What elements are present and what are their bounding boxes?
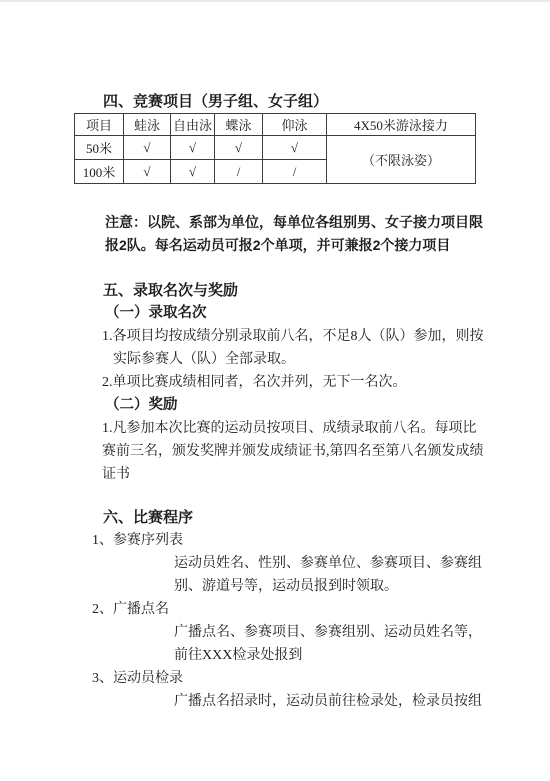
row-label-50m: 50米 bbox=[75, 136, 124, 160]
program-item-desc: 运动员姓名、性别、参赛单位、参赛项目、参赛组 bbox=[174, 552, 550, 575]
header-cell-event: 项目 bbox=[75, 114, 124, 136]
program-item-desc: 广播点名招录时，运动员前往检录处，检录员按组 bbox=[174, 690, 550, 713]
program-item-label: 3、运动员检录 bbox=[92, 667, 550, 690]
cell-check: √ bbox=[215, 136, 263, 160]
table-header-row: 项目 蛙泳 自由泳 蝶泳 仰泳 4X50米游泳接力 bbox=[75, 114, 476, 136]
header-cell-butterfly: 蝶泳 bbox=[215, 114, 263, 136]
program-item-label: 1、参赛序列表 bbox=[92, 529, 550, 552]
table-row: 50米 √ √ √ √ （不限泳姿） bbox=[75, 136, 476, 160]
program-item-label: 2、广播点名 bbox=[92, 598, 550, 621]
program-item-desc: 广播点名、参赛项目、参赛组别、运动员姓名等， bbox=[174, 621, 550, 644]
header-cell-free: 自由泳 bbox=[171, 114, 215, 136]
subsection-one-title: （一）录取名次 bbox=[105, 302, 550, 325]
section-four-title: 四、竞赛项目（男子组、女子组） bbox=[103, 93, 550, 111]
header-cell-relay: 4X50米游泳接力 bbox=[327, 114, 476, 136]
cell-check: √ bbox=[124, 136, 171, 160]
cell-check: √ bbox=[124, 160, 171, 184]
section-six: 六、比赛程序 1、参赛序列表 运动员姓名、性别、参赛单位、参赛项目、参赛组 别、… bbox=[0, 506, 550, 713]
note-paragraph: 注意：以院、系部为单位，每单位各组别男、女子接力项目限 报2队。每名运动员可报2… bbox=[105, 211, 550, 257]
document-page: 四、竞赛项目（男子组、女子组） 项目 蛙泳 自由泳 蝶泳 仰泳 4X50米游泳接… bbox=[0, 0, 550, 781]
section-five: 五、录取名次与奖励 （一）录取名次 1.各项目均按成绩分别录取前八名，不足8人（… bbox=[0, 279, 550, 486]
events-table: 项目 蛙泳 自由泳 蝶泳 仰泳 4X50米游泳接力 50米 √ √ √ √ （不… bbox=[74, 113, 476, 184]
body-line: 赛前三名，颁发奖牌并颁发成绩证书,第四名至第八名颁发成绩 bbox=[102, 440, 550, 463]
relay-note-cell: （不限泳姿） bbox=[327, 136, 476, 184]
program-item-desc: 别、游道号等，运动员报到时领取。 bbox=[174, 575, 550, 598]
note-line: 报2队。每名运动员可报2个单项，并可兼报2个接力项目 bbox=[105, 234, 550, 257]
page-top-edge bbox=[0, 0, 550, 2]
header-cell-breast: 蛙泳 bbox=[124, 114, 171, 136]
body-line: 1.各项目均按成绩分别录取前八名，不足8人（队）参加，则按 bbox=[102, 325, 550, 348]
cell-check: √ bbox=[171, 136, 215, 160]
body-line: 1.凡参加本次比赛的运动员按项目、成绩录取前八名。每项比 bbox=[102, 417, 550, 440]
section-five-title: 五、录取名次与奖励 bbox=[103, 279, 550, 302]
cell-slash: / bbox=[215, 160, 263, 184]
section-six-title: 六、比赛程序 bbox=[103, 506, 550, 529]
cell-check: √ bbox=[171, 160, 215, 184]
note-line: 注意：以院、系部为单位，每单位各组别男、女子接力项目限 bbox=[105, 211, 550, 234]
cell-slash: / bbox=[263, 160, 327, 184]
body-line: 证书 bbox=[102, 463, 550, 486]
program-item-desc: 前往XXX检录处报到 bbox=[174, 644, 550, 667]
cell-check: √ bbox=[263, 136, 327, 160]
body-line: 实际参赛人（队）全部录取。 bbox=[113, 348, 550, 371]
header-cell-back: 仰泳 bbox=[263, 114, 327, 136]
row-label-100m: 100米 bbox=[75, 160, 124, 184]
body-line: 2.单项比赛成绩相同者，名次并列，无下一名次。 bbox=[102, 371, 550, 394]
subsection-two-title: （二）奖励 bbox=[105, 394, 550, 417]
